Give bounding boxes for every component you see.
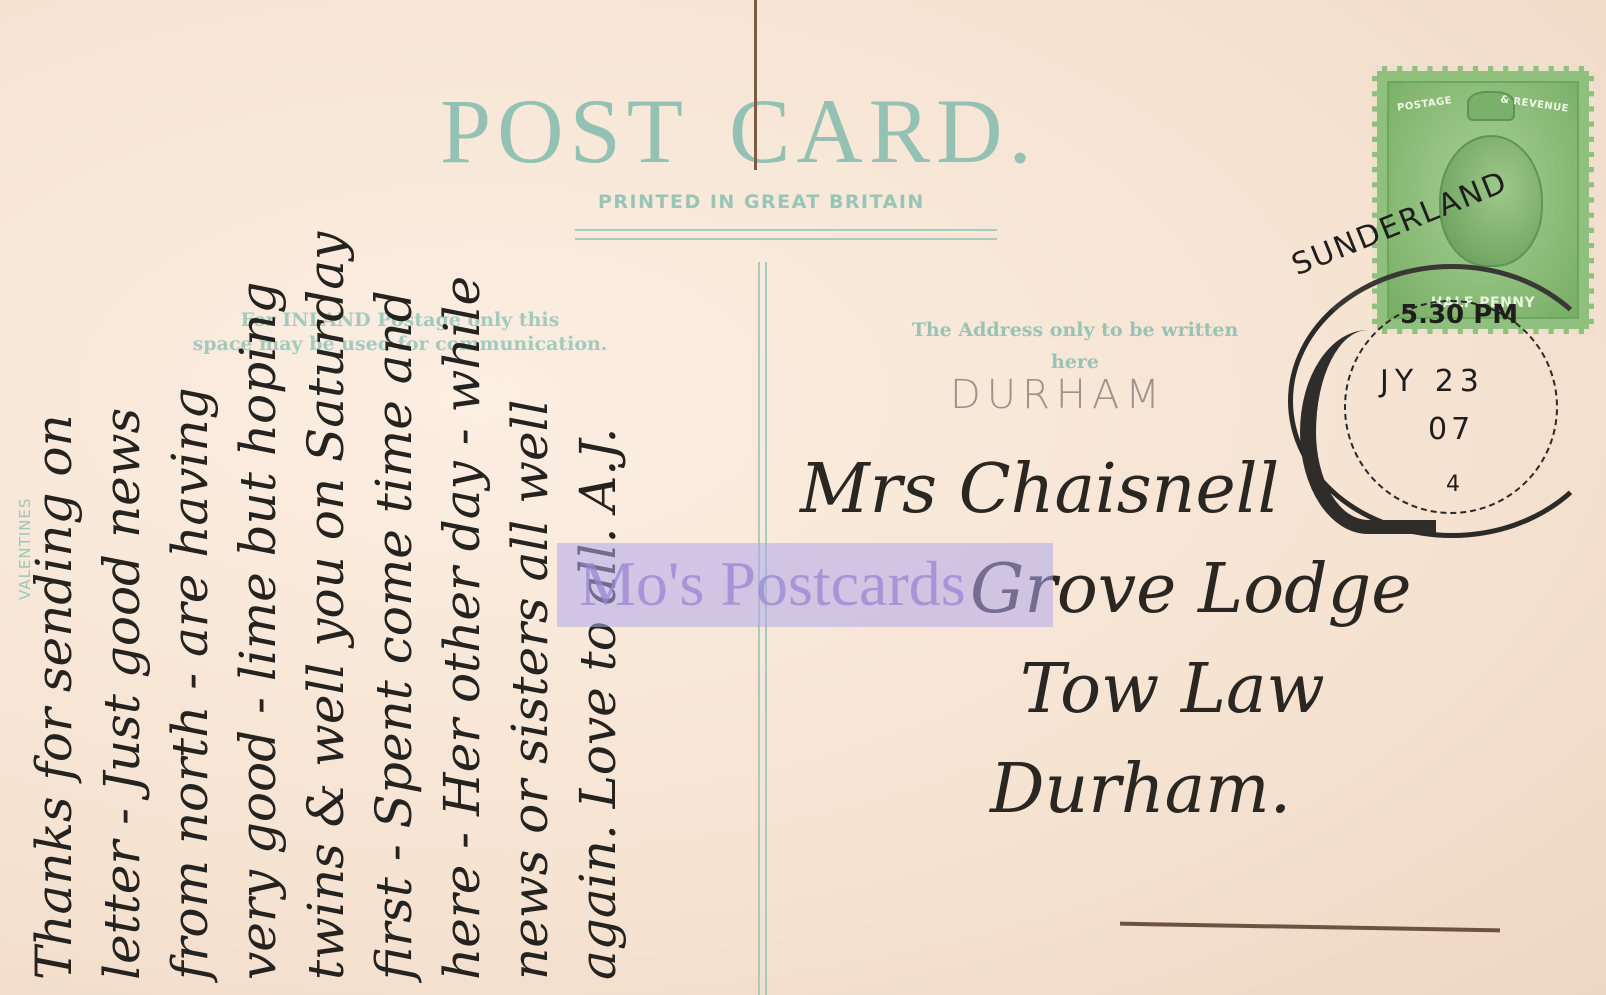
pencil-note: DURHAM xyxy=(950,372,1166,418)
stamp-postage-label: POSTAGE xyxy=(1397,95,1453,114)
address-line-town: Tow Law xyxy=(1020,640,1411,740)
postmark-date: JY 23 xyxy=(1380,364,1485,399)
center-divider xyxy=(758,262,767,995)
postmark-code: 4 xyxy=(1446,472,1460,497)
message-line: twins & well you on Saturday xyxy=(292,20,360,980)
postmark-year: 07 xyxy=(1428,412,1474,447)
address-line-county: Durham. xyxy=(990,740,1411,840)
message-line: Thanks for sending on xyxy=(20,20,88,980)
message-line: first - Spent come time and xyxy=(360,20,428,980)
message-line: letter - Just good news xyxy=(88,20,156,980)
watermark-text: Mo's Postcards xyxy=(579,547,966,621)
postmark-bar xyxy=(1300,330,1436,534)
watermark: Mo's Postcards xyxy=(557,543,1053,627)
ink-stroke xyxy=(754,0,757,170)
message-line: news or sisters all well xyxy=(496,20,564,980)
printed-in-notice: PRINTED IN GREAT BRITAIN xyxy=(598,191,925,213)
handwritten-message: Thanks for sending on letter - Just good… xyxy=(20,20,632,980)
message-line: here - Her other day - while xyxy=(428,20,496,980)
address-hint-line1: The Address only to be written xyxy=(850,314,1300,346)
postcard-back: POSTCARD. PRINTED IN GREAT BRITAIN For I… xyxy=(0,0,1606,995)
address-underline xyxy=(1120,922,1500,933)
address-hint: The Address only to be written here xyxy=(850,314,1300,378)
title-word-card: CARD. xyxy=(729,80,1038,182)
message-line: from north - are having xyxy=(156,20,224,980)
double-rule xyxy=(575,229,997,240)
message-line: again. Love to all. A.J. xyxy=(564,20,632,980)
message-line: very good - lime but hoping xyxy=(224,20,292,980)
postmark-time: 5.30 PM xyxy=(1400,300,1518,330)
